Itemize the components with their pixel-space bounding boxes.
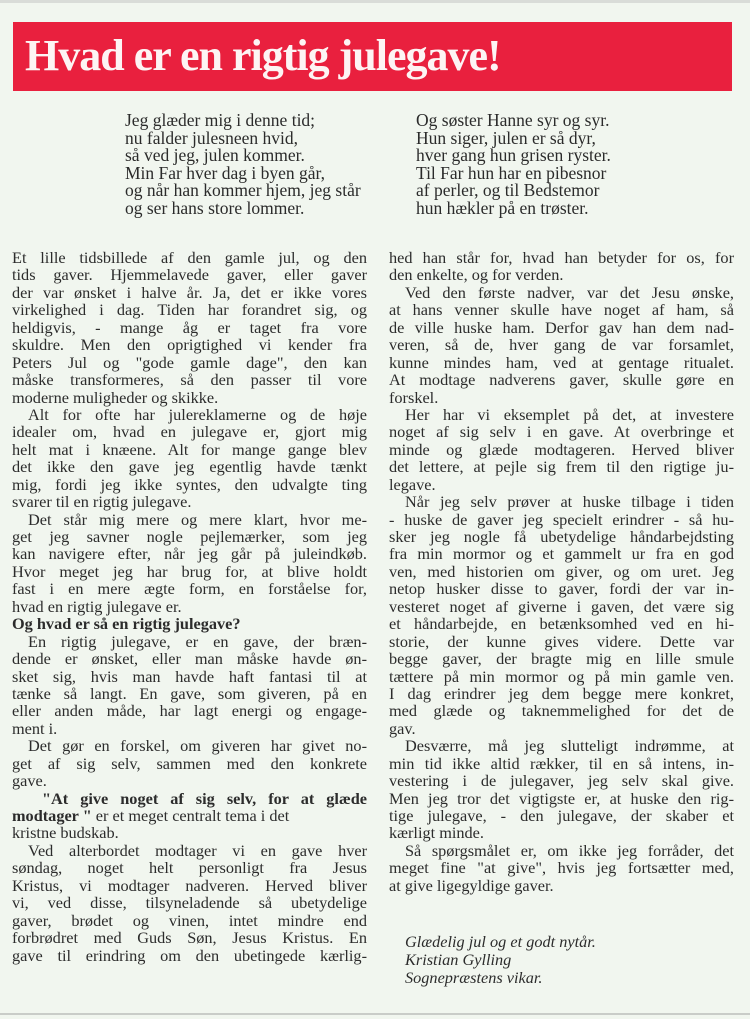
text-line: tige julegave, - den julegave, der skabe… xyxy=(389,807,734,824)
text-line: minde og glæde modtageren. Herved bliver xyxy=(389,441,734,458)
text-line: søndag, noget helt personligt fra Jesus xyxy=(12,859,367,876)
text-line: Det gør en forskel, om giveren har givet… xyxy=(12,737,367,754)
text-line: Her har vi eksemplet på det, at invester… xyxy=(389,406,734,423)
text-line: mig, fordi jeg ikke syntes, den udvalgte… xyxy=(12,476,367,493)
text-line: sker jeg nogle få ubetydelige håndarbejd… xyxy=(389,528,734,545)
text-line: meget fine "at give", hvis jeg fortsætte… xyxy=(389,859,734,876)
text-line: Desværre, må jeg slutteligt indrømme, at xyxy=(389,737,734,754)
quote-line-mixed: modtager " er et meget centralt tema i d… xyxy=(12,807,367,824)
author-role: Sognepræstens vikar. xyxy=(405,969,596,987)
text-line: vestering i de julegaver, jeg selv skal … xyxy=(389,772,734,789)
text-line: virkelighed i dag. Tiden har forandret s… xyxy=(12,301,367,318)
text-line: heldigvis, - mange åg er taget fra vore xyxy=(12,319,367,336)
text-line: fast i en mere ægte form, en forståelse … xyxy=(12,580,367,597)
text-line: helt mat i knæene. Alt for mange gange b… xyxy=(12,441,367,458)
text-line: at hans venner skulle have noget af ham,… xyxy=(389,301,734,318)
text-line: et håndarbejde, en betænksomhed ved en h… xyxy=(389,615,734,632)
text-line: ven, med historien om giver, og om uret.… xyxy=(389,563,734,580)
text-line: min tid ikke altid rækker, til en så int… xyxy=(389,755,734,772)
text-line: get jeg savner nogle pejlemærker, som je… xyxy=(12,528,367,545)
signature-block: Glædelig jul og et godt nytår. Kristian … xyxy=(405,933,596,986)
text-line: Alt for ofte har julereklamerne og de hø… xyxy=(12,406,367,423)
poem-line: og ser hans store lommer. xyxy=(125,200,361,218)
text-line: Hvor meget jeg har brug for, at blive ho… xyxy=(12,563,367,580)
text-line: gaver, brødet og vinen, intet mindre end xyxy=(12,912,367,929)
text-line: netop husker disse to gaver, fordi der v… xyxy=(389,580,734,597)
text-line: legave. xyxy=(389,476,734,493)
text-line: med glæde og taknemmelighed for det de xyxy=(389,702,734,719)
poem-line: Og søster Hanne syr og syr. xyxy=(416,112,611,130)
text-line: dende er ønsket, eller man måske havde ø… xyxy=(12,650,367,667)
text-line: I dag erindrer jeg dem begge mere konkre… xyxy=(389,685,734,702)
text-line: forbrødret med Guds Søn, Jesus Kristus. … xyxy=(12,929,367,946)
text-line: moderne muligheder og skikke. xyxy=(12,389,367,406)
poem-verse-2: Og søster Hanne syr og syr. Hun siger, j… xyxy=(416,112,611,218)
text-line: - huske de gaver jeg specielt erindrer -… xyxy=(389,511,734,528)
text-line: hvad en rigtig julegave er. xyxy=(12,598,367,615)
text-line: vi, ved disse, tilsyneladende så ubetyde… xyxy=(12,894,367,911)
text-line: Når jeg selv prøver at huske tilbage i t… xyxy=(389,493,734,510)
text-line: det lettere, at pejle sig frem til den r… xyxy=(389,458,734,475)
poem-line: hun hækler på en trøster. xyxy=(416,200,611,218)
text-line: gave til erindring om den ubetingede kær… xyxy=(12,947,367,964)
body-column-left: Et lille tidsbillede af den gamle jul, o… xyxy=(12,249,367,964)
text-line: gav. xyxy=(389,720,734,737)
text-line: de ville huske ham. Derfor gav han dem n… xyxy=(389,319,734,336)
text-line: kunne mindes ham, ved at gentage rituale… xyxy=(389,354,734,371)
poem-line: Jeg glæder mig i denne tid; xyxy=(125,112,361,130)
text-line: Ved den første nadver, var det Jesu ønsk… xyxy=(389,284,734,301)
quote-line: "At give noget af sig selv, for at glæde xyxy=(12,790,367,807)
text-line: kan navigere efter, når jeg går på julei… xyxy=(12,545,367,562)
text-line: kristne budskab. xyxy=(12,824,367,841)
greeting: Glædelig jul og et godt nytår. xyxy=(405,933,596,951)
text-line: veren, så de, hver gang de var forsamlet… xyxy=(389,336,734,353)
text-line: svarer til en rigtig julegave. xyxy=(12,493,367,510)
text-line: at give ligegyldige gaver. xyxy=(389,877,734,894)
poem-verse-1: Jeg glæder mig i denne tid; nu falder ju… xyxy=(125,112,361,218)
subheading: Og hvad er så en rigtig julegave? xyxy=(12,615,367,632)
text-line: idealer om, hvad en julegave er, gjort m… xyxy=(12,423,367,440)
text-line: måske transformeres, så den passer til v… xyxy=(12,371,367,388)
text-line: fra min mormor og et gammelt ur fra en g… xyxy=(389,545,734,562)
text-line: kærligt minde. xyxy=(389,824,734,841)
text-line: Et lille tidsbillede af den gamle jul, o… xyxy=(12,249,367,266)
text-line: Ved alterbordet modtager vi en gave hver xyxy=(12,842,367,859)
text-line: den enkelte, og for verden. xyxy=(389,266,734,283)
text-line: Kristus, vi modtager nadveren. Herved bl… xyxy=(12,877,367,894)
text-line: det ikke den gave jeg egentlig havde tæn… xyxy=(12,458,367,475)
text-line: En rigtig julegave, er en gave, der bræn… xyxy=(12,633,367,650)
text-line: gave. xyxy=(12,772,367,789)
text-line: tættere på min mormor og på min gamle ve… xyxy=(389,668,734,685)
text-line: skuldre. Men den oprigtighed vi kender f… xyxy=(12,336,367,353)
text-line: tænke så langt. En gave, som giveren, på… xyxy=(12,685,367,702)
text-line: get af sig selv, sammen med den konkrete xyxy=(12,755,367,772)
text-line: der var ønsket i halve år. Ja, det er ik… xyxy=(12,284,367,301)
text-line: Det står mig mere og mere klart, hvor me… xyxy=(12,511,367,528)
text-line: tids gaver. Hjemmelavede gaver, eller ga… xyxy=(12,266,367,283)
quote-rest: er et meget centralt tema i det xyxy=(92,806,290,825)
text-line: At modtage nadverens gaver, skulle gøre … xyxy=(389,371,734,388)
text-line: eller anden måde, har lagt energi og eng… xyxy=(12,702,367,719)
text-line: noget af sig selv i en gave. At overbrin… xyxy=(389,423,734,440)
title-banner: Hvad er en rigtig julegave! xyxy=(13,22,732,91)
text-line: Så spørgsmålet er, om ikke jeg forråder,… xyxy=(389,842,734,859)
quote-bold: modtager " xyxy=(12,806,92,825)
text-line: sket sig, hvis man havde haft fantasi ti… xyxy=(12,668,367,685)
text-line: begge gaver, der bragte mig en lille smu… xyxy=(389,650,734,667)
text-line: Peters Jul og "gode gamle dage", den kan xyxy=(12,354,367,371)
author-name: Kristian Gylling xyxy=(405,951,596,969)
text-line: Men jeg tror det vigtigste er, at huske … xyxy=(389,790,734,807)
text-line: ment i. xyxy=(12,720,367,737)
text-line: storie, der kunne gives videre. Dette va… xyxy=(389,633,734,650)
article-title: Hvad er en rigtig julegave! xyxy=(25,30,501,81)
bottom-rule xyxy=(0,1013,750,1015)
body-column-right: hed han står for, hvad han betyder for o… xyxy=(389,249,734,894)
top-rule xyxy=(0,0,750,3)
text-line: hed han står for, hvad han betyder for o… xyxy=(389,249,734,266)
text-line: forskel. xyxy=(389,389,734,406)
text-line: vesteret noget af giverne i gaven, det v… xyxy=(389,598,734,615)
